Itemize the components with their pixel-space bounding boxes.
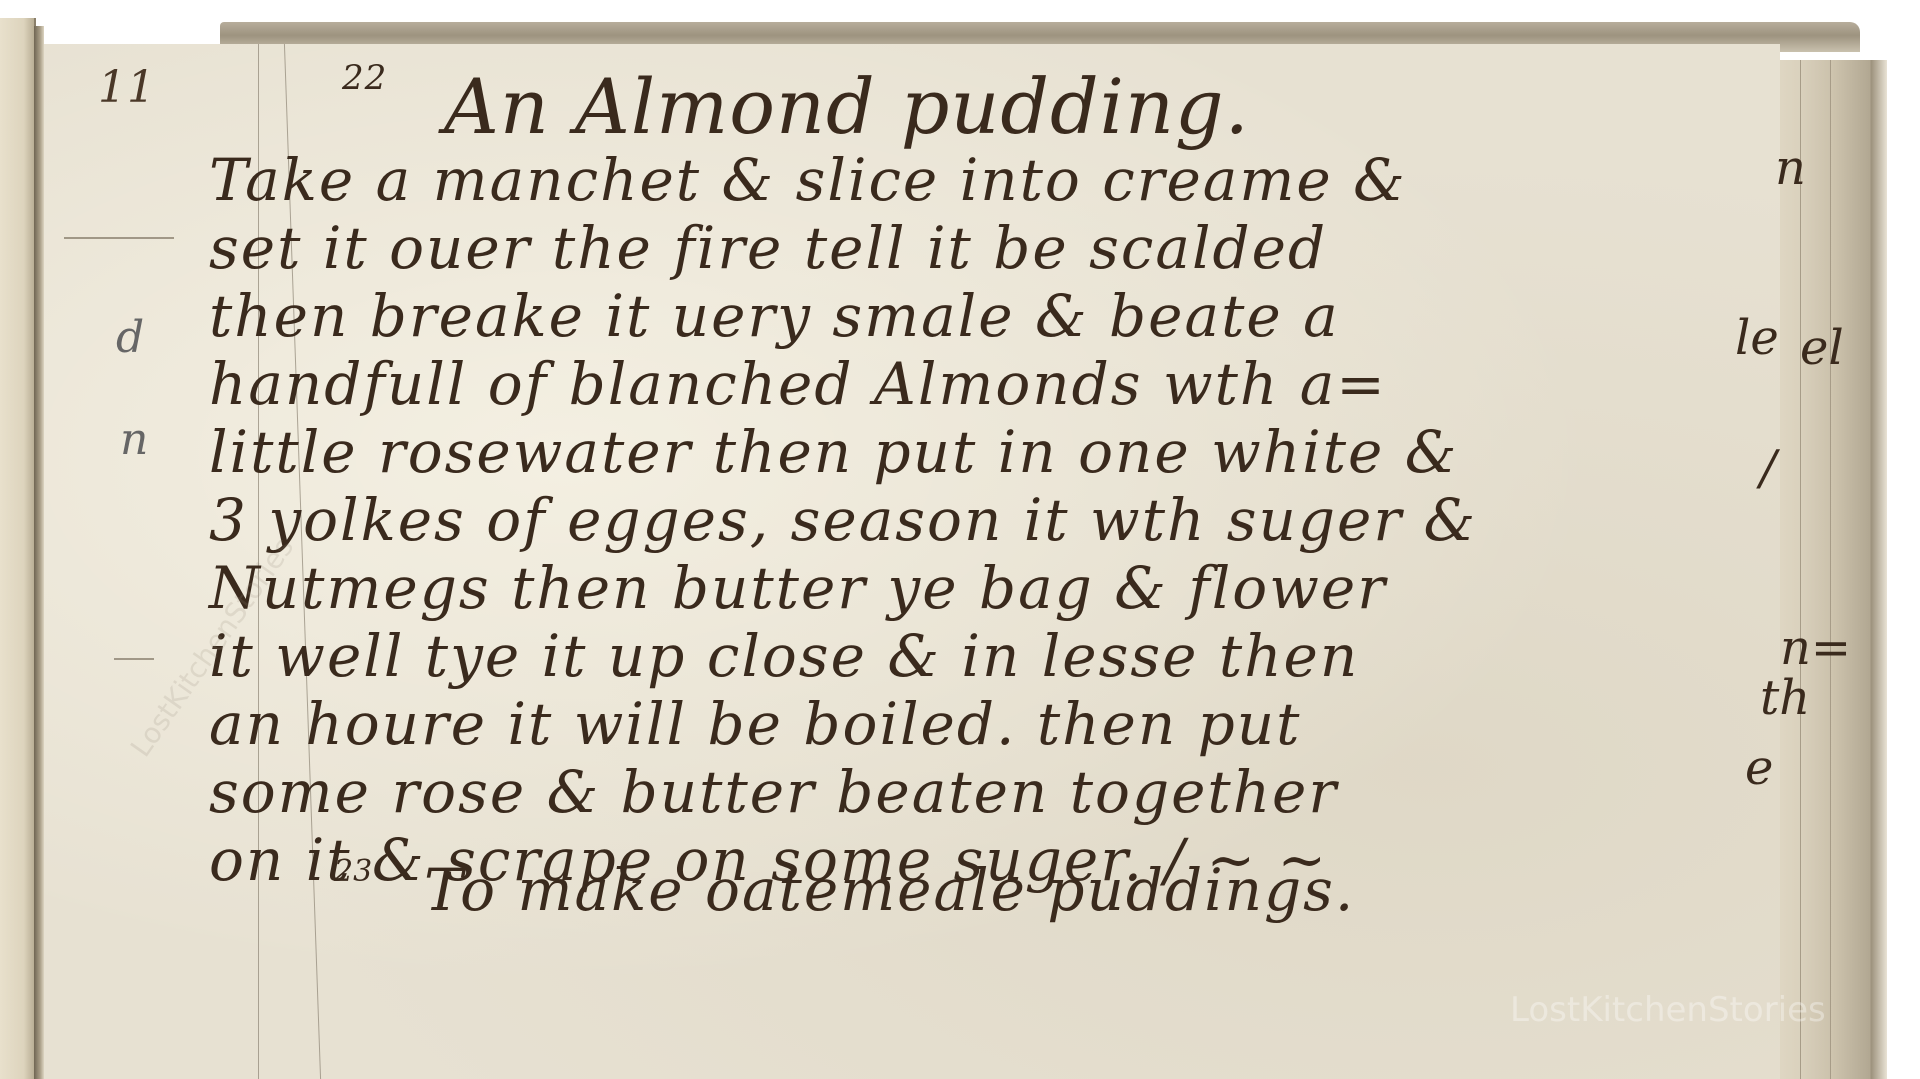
manuscript-photo: 11 d n 22 An Almond pudding. Take a manc… xyxy=(0,0,1920,1079)
recipe-line: handfull of blanched Almonds wth a= xyxy=(209,350,1387,418)
recipe-line: little rosewater then put in one white & xyxy=(209,418,1458,486)
margin-dash xyxy=(64,237,174,239)
book-gutter xyxy=(34,26,44,1079)
facing-page-edge xyxy=(0,18,36,1079)
right-page-fragment: le xyxy=(1735,310,1779,366)
manuscript-page: 11 d n 22 An Almond pudding. Take a manc… xyxy=(44,44,1780,1079)
folio-mark: 11 xyxy=(98,62,156,113)
margin-note: n xyxy=(120,414,148,465)
right-page-fragment: th xyxy=(1760,670,1810,726)
margin-dash xyxy=(114,658,154,660)
right-page-fragment: e xyxy=(1745,740,1773,796)
right-page-fragment: n xyxy=(1775,140,1806,196)
recipe-title: An Almond pudding. xyxy=(444,62,1250,151)
margin-note: d xyxy=(116,312,144,363)
next-recipe-title: To make oatemeale puddings. xyxy=(424,856,1355,924)
right-page-fragment: el xyxy=(1800,320,1844,376)
right-page-fragment: n= xyxy=(1780,620,1851,676)
next-recipe-number: 23 xyxy=(334,854,372,889)
recipe-line: an houre it will be boiled. then put xyxy=(209,690,1301,758)
recipe-line: 3 yolkes of egges, season it wth suger & xyxy=(209,486,1477,554)
recipe-line: then breake it uery smale & beate a xyxy=(209,282,1340,350)
recipe-number: 22 xyxy=(342,58,387,98)
recipe-line: some rose & butter beaten together xyxy=(209,758,1338,826)
recipe-line: set it ouer the fire tell it be scalded xyxy=(209,214,1327,282)
page-edge xyxy=(1870,60,1887,1079)
right-page-fragment: / xyxy=(1760,440,1776,496)
recipe-line: it well tye it up close & in lesse then xyxy=(209,622,1359,690)
recipe-line: Take a manchet & slice into creame & xyxy=(209,146,1407,214)
watermark: LostKitchenStories xyxy=(1510,990,1826,1030)
recipe-line: Nutmegs then butter ye bag & flower xyxy=(209,554,1387,622)
